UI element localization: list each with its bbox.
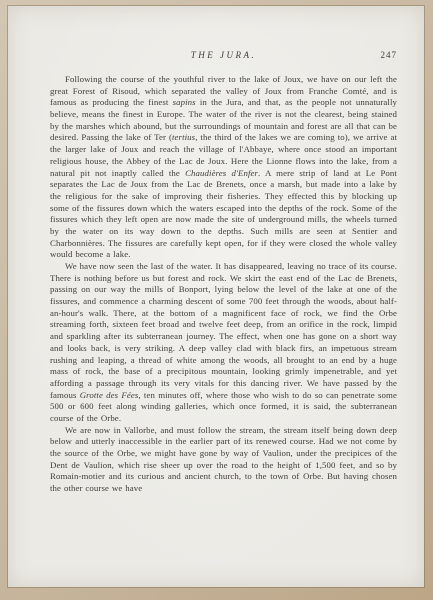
running-head-title: THE JURA. [191,50,257,60]
page-content: THE JURA. 247 Following the course of th… [50,50,397,495]
text-run: Chaudières d'Enfer [185,168,258,178]
page-number: 247 [381,50,398,60]
text-run: We are now in Vallorbe, and must follow … [50,425,397,493]
text-run: We have now seen the last of the water. … [50,261,397,400]
paragraph: We have now seen the last of the water. … [50,261,397,425]
body-text: Following the course of the youthful riv… [50,74,397,495]
text-run: . A mere strip of land at Le Pont separa… [50,168,397,260]
paragraph: We are now in Vallorbe, and must follow … [50,425,397,495]
running-head: THE JURA. 247 [50,50,397,62]
book-page: THE JURA. 247 Following the course of th… [8,6,424,587]
scan-background: THE JURA. 247 Following the course of th… [0,0,433,600]
text-run: tertius [172,132,195,142]
paragraph: Following the course of the youthful riv… [50,74,397,261]
text-run: Grotte des Fées [80,390,139,400]
text-run: sapins [173,97,196,107]
